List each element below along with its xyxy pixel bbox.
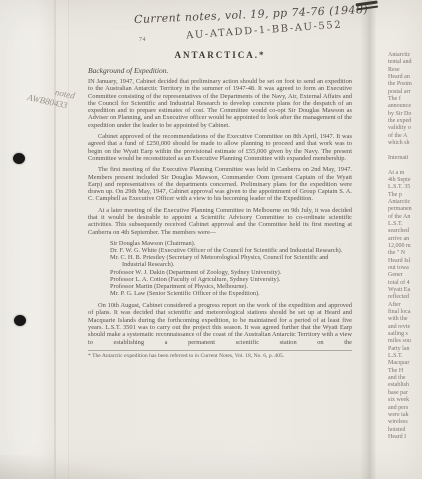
adjacent-page-text-fragment: the " N	[388, 250, 422, 257]
adjacent-page-text-fragment: L.S.T.	[388, 353, 422, 360]
adjacent-page-text: Antarctictental andReseHeard anthe Postm…	[388, 52, 422, 441]
footnote-rule	[88, 350, 352, 351]
page-gutter-shadow	[360, 0, 376, 479]
adjacent-page-text-fragment: wireless	[388, 419, 422, 426]
page-edge-crease	[54, 0, 56, 479]
article: ANTARCTICA.* Background of Expedition. I…	[88, 50, 352, 359]
adjacent-page-text-fragment: total of 4	[388, 280, 422, 287]
adjacent-page-text-fragment: and pers	[388, 405, 422, 412]
member-item: Professor W. J. Dakin (Department of Zoo…	[110, 269, 352, 276]
adjacent-page-text-fragment: base par	[388, 390, 422, 397]
adjacent-page-text-fragment: validity o	[388, 125, 422, 132]
adjacent-page-text-fragment: Heard Isl	[388, 258, 422, 265]
adjacent-page-text-fragment: Internati	[388, 155, 422, 162]
hole-punch-dot-top	[13, 153, 25, 164]
adjacent-page-text-fragment: of the An	[388, 214, 422, 221]
adjacent-page-text-fragment: Party lan	[388, 346, 422, 353]
adjacent-page-text-fragment: of the A	[388, 133, 422, 140]
adjacent-page-text-fragment: by Sir Do	[388, 111, 422, 118]
article-title: ANTARCTICA.*	[88, 50, 352, 60]
adjacent-page-text-fragment: with the	[388, 316, 422, 323]
member-item: Professor Martin (Department of Physics,…	[110, 283, 352, 290]
adjacent-page-text-fragment: The p	[388, 192, 422, 199]
page-number: 74	[139, 37, 146, 43]
bottom-corner-shadow	[0, 455, 140, 479]
member-item: Dr. F. W. G. White (Executive Officer of…	[110, 247, 352, 254]
scanned-document-photo: Current notes, vol. 19, pp 74-76 (1948) …	[0, 0, 422, 479]
adjacent-page-text-fragment	[388, 147, 422, 154]
adjacent-page-text-fragment: six week	[388, 397, 422, 404]
adjacent-page-text-fragment: Gener	[388, 272, 422, 279]
adjacent-page-text-fragment: which sh	[388, 140, 422, 147]
member-item: Sir Douglas Mawson (Chairman).	[110, 240, 352, 247]
paragraph-4: At a later meeting of the Executive Plan…	[88, 207, 352, 236]
page-left-margin	[0, 0, 54, 479]
member-item: Mr. P. G. Law (Senior Scientific Officer…	[110, 290, 352, 297]
adjacent-page-text-fragment: postal arr	[388, 89, 422, 96]
page-edge-crease-faint	[68, 0, 69, 479]
adjacent-page-text-fragment: permanen	[388, 206, 422, 213]
adjacent-page-text-fragment: 4th Septe	[388, 177, 422, 184]
adjacent-page-text-fragment: reflected	[388, 294, 422, 301]
adjacent-page-text-fragment: final loca	[388, 309, 422, 316]
adjacent-page-text-fragment: searched	[388, 228, 422, 235]
adjacent-page-text-fragment: hoisted	[388, 427, 422, 434]
adjacent-page-text-fragment: The f	[388, 96, 422, 103]
adjacent-page-text-fragment: At a m	[388, 170, 422, 177]
adjacent-page-text-fragment: L.S.T.	[388, 221, 422, 228]
adjacent-page-text-fragment: were tak	[388, 412, 422, 419]
adjacent-page-text-fragment: miles sou	[388, 338, 422, 345]
adjacent-page-text-fragment: out towa	[388, 265, 422, 272]
hole-punch-dot-bottom	[14, 315, 26, 326]
adjacent-page-text-fragment: Antarctic	[388, 199, 422, 206]
adjacent-page-text-fragment: announce	[388, 103, 422, 110]
adjacent-page-text-fragment: Antarctic	[388, 52, 422, 59]
adjacent-page-text-fragment: establish	[388, 382, 422, 389]
adjacent-page-text-fragment: 12,000 m	[388, 243, 422, 250]
adjacent-page-text-fragment: Macquar	[388, 360, 422, 367]
adjacent-page-text-fragment: Heard an	[388, 74, 422, 81]
paragraph-3: The first meeting of the Executive Plann…	[88, 166, 352, 202]
paragraph-1: IN January, 1947, Cabinet decided that p…	[88, 78, 352, 129]
adjacent-page-text-fragment: L.S.T. 35	[388, 184, 422, 191]
adjacent-page-text-fragment: Rese	[388, 67, 422, 74]
paragraph-2: Cabinet approved of the recommendations …	[88, 133, 352, 162]
adjacent-page-text-fragment	[388, 162, 422, 169]
footnote: * The Antarctic expedition has been refe…	[88, 353, 352, 359]
adjacent-page-text-fragment: the Postm	[388, 81, 422, 88]
adjacent-page-text-fragment: Heard I	[388, 434, 422, 441]
member-item: Mr. C. H. B. Priestley (Secretary of Met…	[110, 254, 352, 268]
adjacent-page-text-fragment: the exped	[388, 118, 422, 125]
member-item: Professor L. A. Cotton (Faculty of Agric…	[110, 276, 352, 283]
adjacent-page-text-fragment: tental and	[388, 59, 422, 66]
members-list: Sir Douglas Mawson (Chairman).Dr. F. W. …	[110, 240, 352, 297]
adjacent-page-text-fragment: sailing s	[388, 331, 422, 338]
adjacent-page-text-fragment: After	[388, 302, 422, 309]
adjacent-page-text-fragment: and revie	[388, 324, 422, 331]
adjacent-page-text-fragment: The H	[388, 368, 422, 375]
adjacent-page-text-fragment: arrive an	[388, 236, 422, 243]
paragraph-5: On 10th August, Cabinet considered a pro…	[88, 302, 352, 346]
adjacent-page-text-fragment: and the	[388, 375, 422, 382]
section-heading: Background of Expedition.	[88, 66, 352, 75]
